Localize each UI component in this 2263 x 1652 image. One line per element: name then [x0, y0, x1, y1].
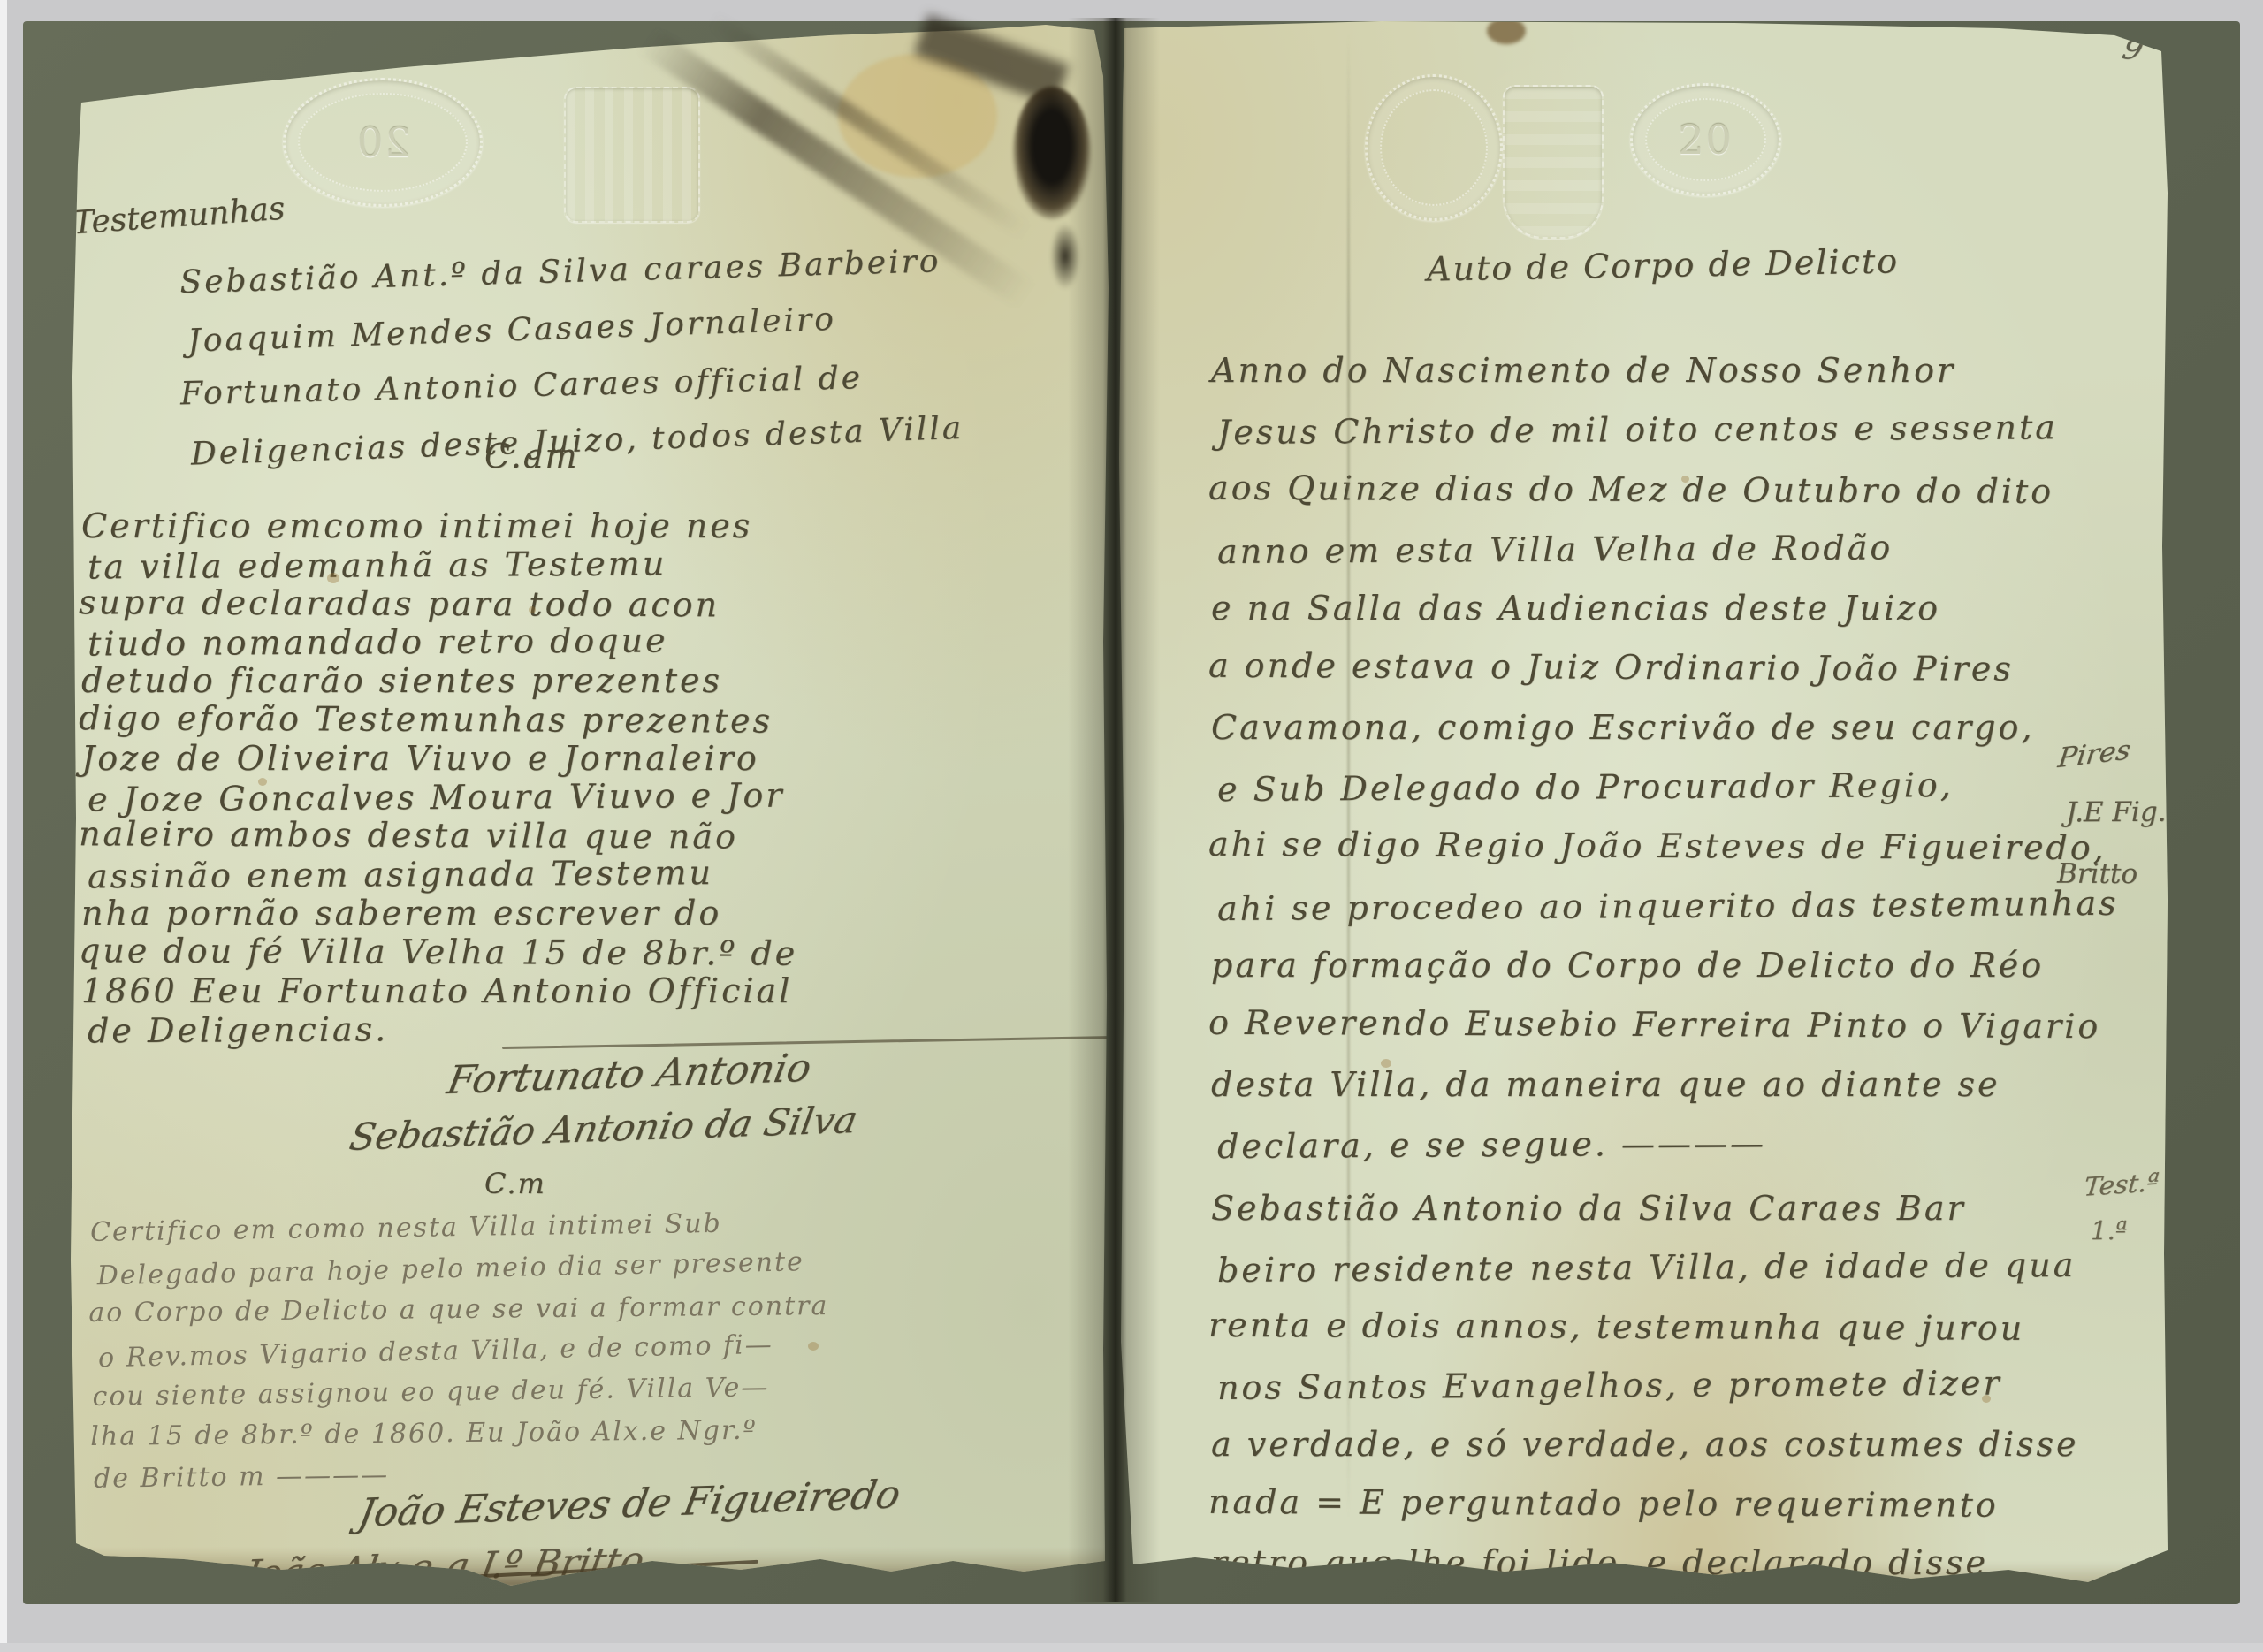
manuscript-line: o Reverendo Eusebio Ferreira Pinto o Vig…: [1208, 993, 2110, 1057]
manuscript-line: e Joze Goncalves Moura Viuvo e Jor: [88, 776, 806, 819]
manuscript-line: digo eforão Testemunhas prezentes: [79, 699, 797, 741]
manuscript-line: e na Salla das Audiencias deste Juizo: [1211, 579, 2113, 638]
scanner-edge: [0, 1643, 2263, 1652]
manuscript-line: desta Villa, da maneira que ao diante se: [1211, 1055, 2113, 1115]
margin-note-line: 1.ª: [2091, 1207, 2165, 1254]
margin-note-witness-1: Test.ª1.ª: [2084, 1161, 2159, 1253]
manuscript-line: renta e dois annos, testemunha que jurou: [1208, 1295, 2076, 1358]
manuscript-line: Anno do Nascimento de Nosso Senhor: [1211, 341, 2113, 400]
manuscript-line: ta villa edemanhã as Testemu: [88, 544, 806, 587]
manuscript-line: anno em esta Villa Velha de Rodão: [1217, 517, 2119, 582]
manuscript-line: lha 15 de 8br.º de 1860. Eu João Alx.e N…: [90, 1410, 831, 1458]
embossed-crest-stamp: [564, 87, 700, 223]
manuscript-line: supra declaradas para todo acon: [79, 583, 797, 625]
manuscript-line: que dou fé Villa Velha 15 de 8br.º de: [79, 932, 797, 973]
manuscript-line: Cavamona, comigo Escrivão de seu cargo,: [1211, 698, 2113, 757]
embossed-stamp-20-right: 20: [1630, 83, 1781, 196]
scanned-document: 20 Testemunhas Sebastião Ant.º da Silva …: [0, 0, 2263, 1652]
manuscript-line: nada = E perguntado pelo requerimento: [1208, 1473, 2076, 1535]
witnesses-heading: Testemunhas: [72, 191, 286, 242]
manuscript-line: Jesus Christo de mil oito centos e sesse…: [1217, 398, 2119, 463]
signature-sebastiao-silva: Sebastião Antonio da Silva: [347, 1098, 861, 1159]
abbreviation-cm: C.m: [484, 1167, 546, 1200]
stamp-ring: [1645, 98, 1766, 181]
manuscript-line: 1860 Eeu Fortunato Antonio Official: [81, 972, 800, 1011]
manuscript-line: ahi se digo Regio João Esteves de Figuei…: [1208, 815, 2110, 879]
certificate-1: Certifico emcomo intimei hoje nesta vill…: [81, 507, 800, 1049]
manuscript-line: nha pornão saberem escrever do: [81, 895, 800, 933]
manuscript-line: a onde estava o Juiz Ordinario João Pire…: [1208, 636, 2110, 700]
manuscript-line: Joze de Oliveira Viuvo e Jornaleiro: [81, 740, 800, 779]
scanner-edge: [0, 0, 7, 1652]
fold-crease: [1347, 34, 1350, 1519]
stamp-ring: [1380, 89, 1488, 206]
manuscript-line: Certifico emcomo intimei hoje nes: [81, 507, 800, 546]
document-title: Auto de Corpo de Delicto: [1427, 241, 1900, 288]
auto-paragraph: Anno do Nascimento de Nosso SenhorJesus …: [1211, 341, 2113, 1174]
manuscript-line: tiudo nomandado retro doque: [88, 621, 806, 665]
manuscript-line: Sebastião Antonio da Silva Caraes Bar: [1211, 1179, 2079, 1238]
signature-fortunato-antonio: Fortunato Antonio: [444, 1046, 814, 1103]
testimony-paragraph: Sebastião Antonio da Silva Caraes Barbei…: [1211, 1179, 2079, 1593]
right-page: 20 9 Auto de Corpo de Delicto Anno do Na…: [1116, 16, 2176, 1602]
manuscript-line: naleiro ambos desta villa que não: [79, 816, 797, 857]
manuscript-line: aos Quinze dias do Mez de Outubro do dit…: [1208, 458, 2110, 521]
certificate-2: Certifico em como nesta Villa intimei Su…: [90, 1202, 834, 1500]
embossed-stamp-20-left: 20: [283, 78, 483, 207]
yellow-stain: [838, 54, 997, 178]
manuscript-line: detudo ficarão sientes prezentes: [81, 662, 800, 701]
manuscript-line: e Sub Delegado do Procurador Regio,: [1217, 755, 2119, 820]
stamp-value: 20: [355, 118, 411, 166]
left-page: 20 Testemunhas Sebastião Ant.º da Silva …: [69, 23, 1114, 1587]
manuscript-line: a verdade, e só verdade, aos costumes di…: [1211, 1415, 2079, 1474]
manuscript-line: para formação do Corpo de Delicto do Réo: [1211, 936, 2113, 995]
manuscript-line: declara, e se segue. ————: [1217, 1112, 2119, 1177]
abbreviation-cam: C.am: [484, 437, 579, 476]
manuscript-line: ahi se procedeo ao inquerito das testemu…: [1217, 874, 2119, 940]
embossed-coat-of-arms: [1503, 85, 1604, 239]
manuscript-line: assinão enem asignada Testemu: [88, 854, 806, 897]
embossed-seal-wreath: [1365, 74, 1503, 221]
margin-note-line: Test.ª: [2082, 1159, 2161, 1210]
